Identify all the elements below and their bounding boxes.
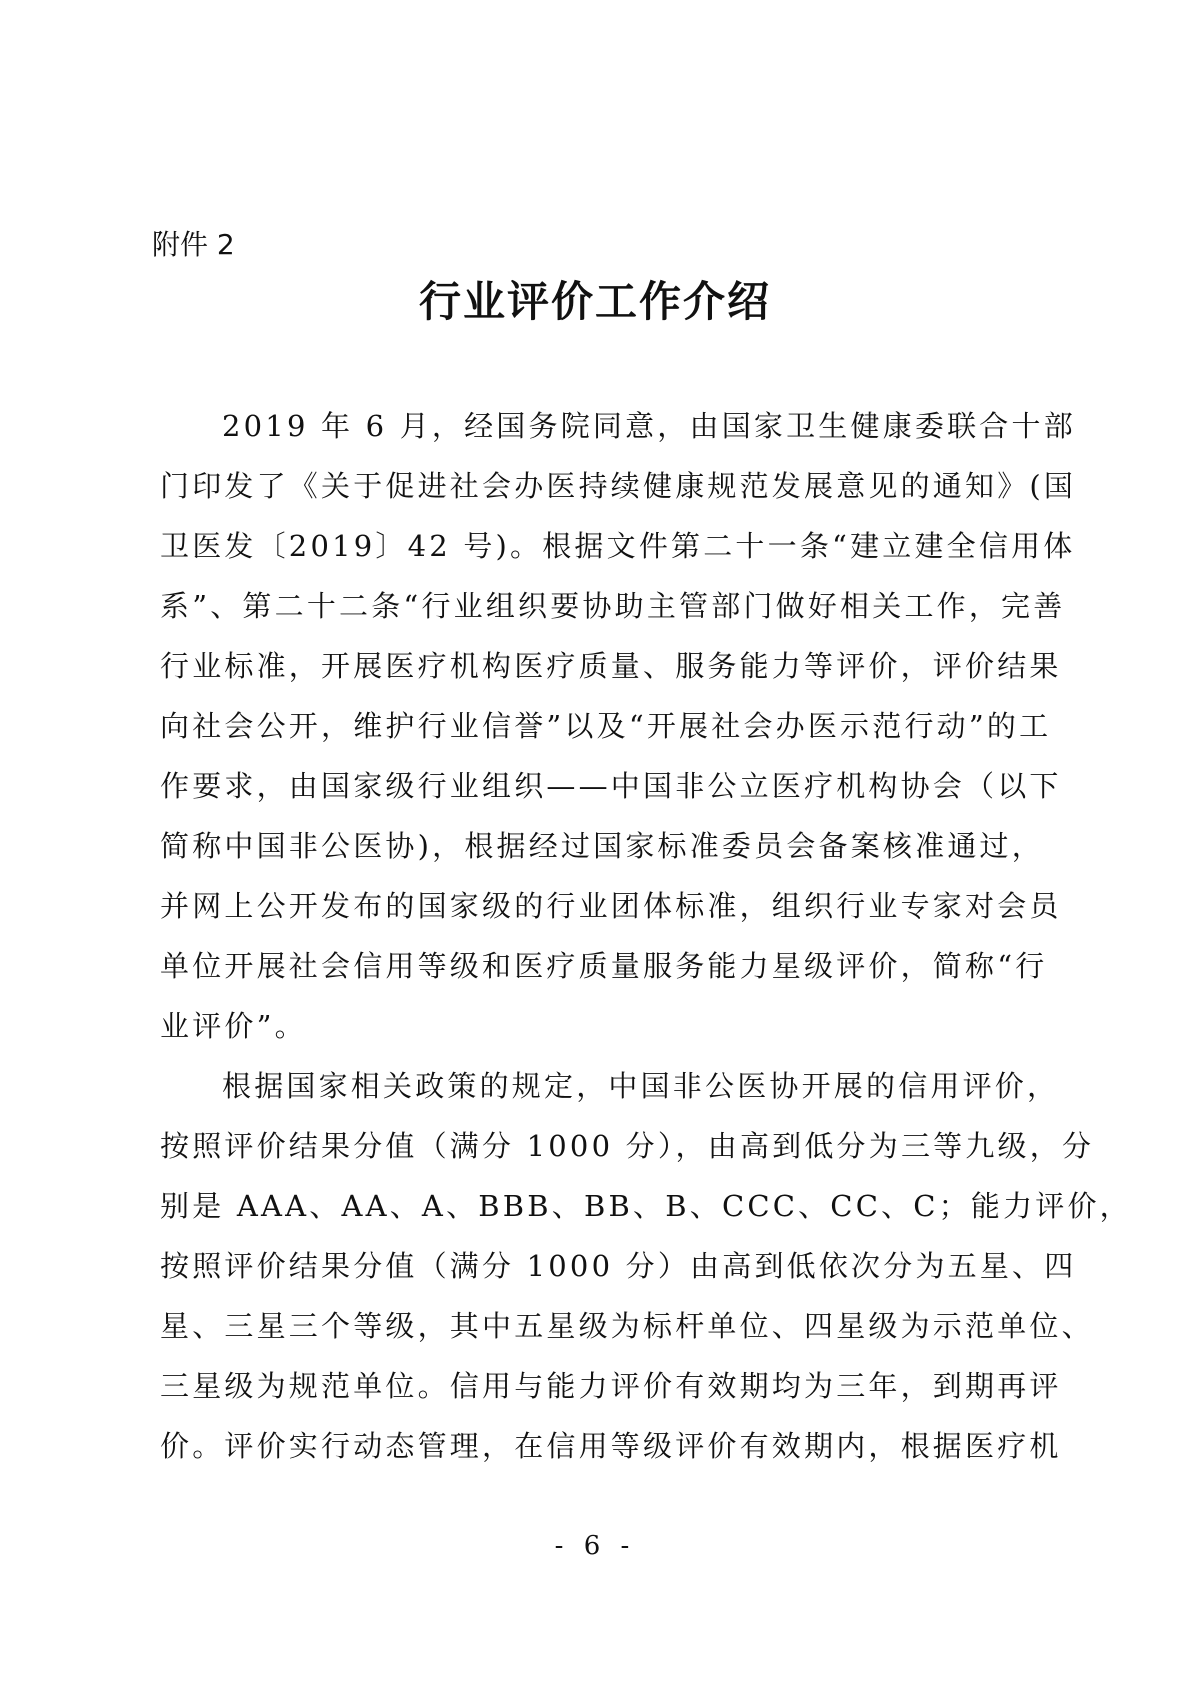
page-number: - 6 - — [0, 1528, 1190, 1564]
text-line: 按照评价结果分值（满分 1000 分）由高到低依次分为五星、四 — [160, 1236, 1040, 1296]
document-title: 行业评价工作介绍 — [0, 274, 1190, 330]
text-line: 系”、第二十二条“行业组织要协助主管部门做好相关工作，完善 — [160, 576, 1040, 636]
paragraph-2: 根据国家相关政策的规定，中国非公医协开展的信用评价， 按照评价结果分值（满分 1… — [160, 1056, 1040, 1476]
text-line: 行业标准，开展医疗机构医疗质量、服务能力等评价，评价结果 — [160, 636, 1040, 696]
text-line: 向社会公开，维护行业信誉”以及“开展社会办医示范行动”的工 — [160, 696, 1040, 756]
document-body: 2019 年 6 月，经国务院同意，由国家卫生健康委联合十部 门印发了《关于促进… — [160, 396, 1040, 1476]
text-line: 按照评价结果分值（满分 1000 分），由高到低分为三等九级，分 — [160, 1116, 1040, 1176]
text-line: 价。评价实行动态管理，在信用等级评价有效期内，根据医疗机 — [160, 1416, 1040, 1476]
text-line: 三星级为规范单位。信用与能力评价有效期均为三年，到期再评 — [160, 1356, 1040, 1416]
text-line: 单位开展社会信用等级和医疗质量服务能力星级评价，简称“行 — [160, 936, 1040, 996]
text-line: 根据国家相关政策的规定，中国非公医协开展的信用评价， — [160, 1056, 1040, 1116]
text-line: 简称中国非公医协)，根据经过国家标准委员会备案核准通过， — [160, 816, 1040, 876]
text-line: 作要求，由国家级行业组织——中国非公立医疗机构协会（以下 — [160, 756, 1040, 816]
attachment-label: 附件 2 — [152, 228, 235, 262]
text-line: 星、三星三个等级，其中五星级为标杆单位、四星级为示范单位、 — [160, 1296, 1040, 1356]
text-line: 别是 AAA、AA、A、BBB、BB、B、CCC、CC、C；能力评价， — [160, 1176, 1040, 1236]
text-line: 业评价”。 — [160, 996, 1040, 1056]
text-line: 卫医发〔2019〕42 号)。根据文件第二十一条“建立建全信用体 — [160, 516, 1040, 576]
paragraph-1: 2019 年 6 月，经国务院同意，由国家卫生健康委联合十部 门印发了《关于促进… — [160, 396, 1040, 1056]
document-page: 附件 2 行业评价工作介绍 2019 年 6 月，经国务院同意，由国家卫生健康委… — [0, 0, 1190, 1683]
text-line: 2019 年 6 月，经国务院同意，由国家卫生健康委联合十部 — [160, 396, 1040, 456]
text-line: 并网上公开发布的国家级的行业团体标准，组织行业专家对会员 — [160, 876, 1040, 936]
text-line: 门印发了《关于促进社会办医持续健康规范发展意见的通知》(国 — [160, 456, 1040, 516]
